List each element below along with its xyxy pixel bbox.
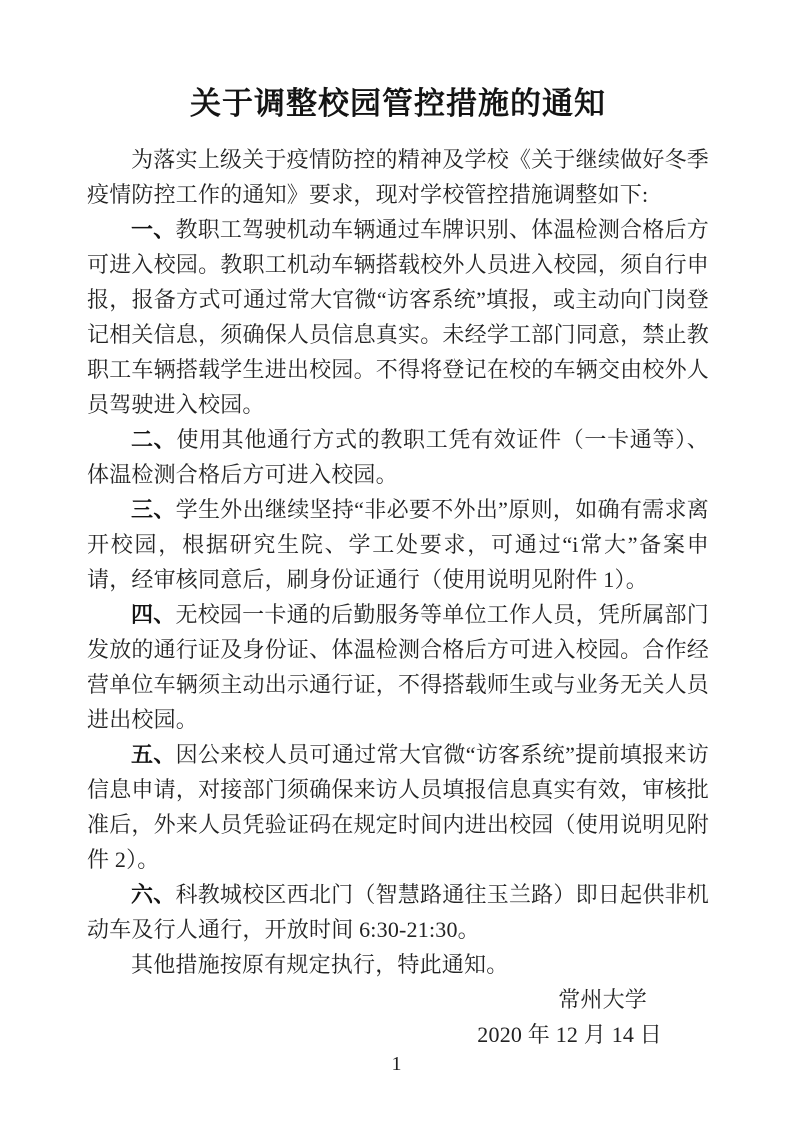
item-6-text: 科教城校区西北门（智慧路通往玉兰路）即日起供非机动车及行人通行，开放时间 6:3… <box>87 882 709 942</box>
closing-text: 其他措施按原有规定执行，特此通知。 <box>131 952 508 977</box>
item-4-marker: 四、 <box>131 602 175 627</box>
item-4-paragraph: 四、无校园一卡通的后勤服务等单位工作人员，凭所属部门发放的通行证及身份证、体温检… <box>87 597 709 737</box>
item-3-paragraph: 三、学生外出继续坚持“非必要不外出”原则，如确有需求离开校园，根据研究生院、学工… <box>87 492 709 597</box>
signature-date: 2020 年 12 月 14 日 <box>87 1017 709 1052</box>
item-2-text: 使用其他通行方式的教职工凭有效证件（一卡通等）、体温检测合格后方可进入校园。 <box>87 427 709 487</box>
item-1-paragraph: 一、教职工驾驶机动车辆通过车牌识别、体温检测合格后方可进入校园。教职工机动车辆搭… <box>87 212 709 422</box>
page-title: 关于调整校园管控措施的通知 <box>87 84 709 124</box>
item-6-paragraph: 六、科教城校区西北门（智慧路通往玉兰路）即日起供非机动车及行人通行，开放时间 6… <box>87 877 709 947</box>
intro-paragraph: 为落实上级关于疫情防控的精神及学校《关于继续做好冬季疫情防控工作的通知》要求，现… <box>87 142 709 212</box>
page-number: 1 <box>0 1053 793 1076</box>
item-5-marker: 五、 <box>131 742 176 767</box>
item-1-marker: 一、 <box>131 217 175 242</box>
item-1-text: 教职工驾驶机动车辆通过车牌识别、体温检测合格后方可进入校园。教职工机动车辆搭载校… <box>87 217 709 417</box>
closing-paragraph: 其他措施按原有规定执行，特此通知。 <box>87 947 709 982</box>
item-3-marker: 三、 <box>131 497 176 522</box>
document-body: 为落实上级关于疫情防控的精神及学校《关于继续做好冬季疫情防控工作的通知》要求，现… <box>87 142 709 1052</box>
item-6-marker: 六、 <box>131 882 175 907</box>
document-page: 关于调整校园管控措施的通知 为落实上级关于疫情防控的精神及学校《关于继续做好冬季… <box>0 0 793 1122</box>
item-2-paragraph: 二、使用其他通行方式的教职工凭有效证件（一卡通等）、体温检测合格后方可进入校园。 <box>87 422 709 492</box>
item-2-marker: 二、 <box>131 427 176 452</box>
signature-organization: 常州大学 <box>87 982 709 1017</box>
item-5-text: 因公来校人员可通过常大官微“访客系统”提前填报来访信息申请，对接部门须确保来访人… <box>87 742 709 872</box>
item-5-paragraph: 五、因公来校人员可通过常大官微“访客系统”提前填报来访信息申请，对接部门须确保来… <box>87 737 709 877</box>
item-4-text: 无校园一卡通的后勤服务等单位工作人员，凭所属部门发放的通行证及身份证、体温检测合… <box>87 602 709 732</box>
item-3-text: 学生外出继续坚持“非必要不外出”原则，如确有需求离开校园，根据研究生院、学工处要… <box>87 497 709 592</box>
paragraph-text: 为落实上级关于疫情防控的精神及学校《关于继续做好冬季疫情防控工作的通知》要求，现… <box>87 147 709 207</box>
